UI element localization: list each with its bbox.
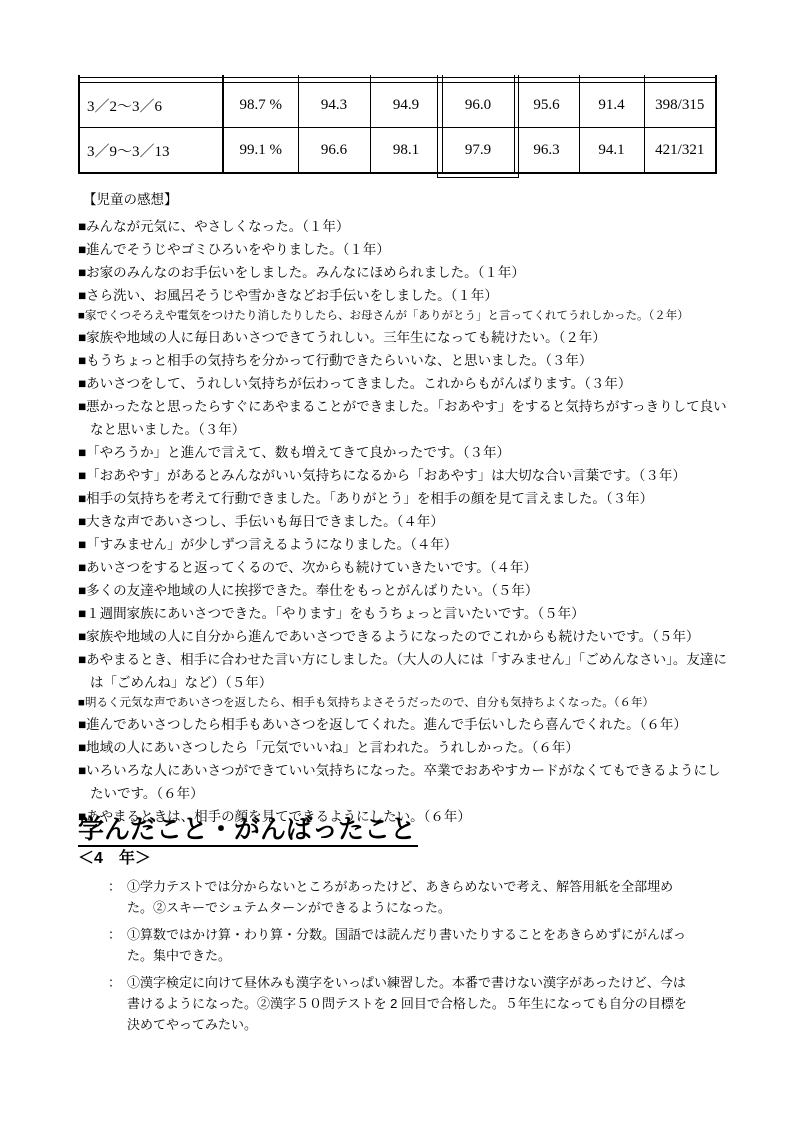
- impression-text: 進んでそうじやゴミひろいをやりました。（１年）: [86, 242, 390, 257]
- square-bullet-icon: ■: [78, 376, 86, 391]
- impression-text: 相手の気持ちを考えて行動できました。「ありがとう」を相手の顔を見て言えました。（…: [86, 491, 653, 506]
- table-cell-value: 95.6: [514, 83, 579, 128]
- impression-item: ■家でくつそろえや電気をつけたり消したりしたら、お母さんが「ありがとう」と言って…: [78, 307, 730, 326]
- table-cell-value: 421/321: [644, 128, 716, 174]
- square-bullet-icon: ■: [78, 399, 86, 414]
- impression-text: みんなが元気に、やさしくなった。（１年）: [86, 219, 349, 234]
- learned-section-heading: 学んだこと・がんばったこと: [78, 814, 418, 847]
- attendance-table-container: 3／2～3／698.7 %94.394.996.095.691.4398/315…: [78, 75, 716, 174]
- impressions-heading: 【児童の感想】: [83, 188, 730, 211]
- learned-item: ：①算数ではかけ算・わり算・分数。国語では読んだり書いたりすることをあきらめずに…: [78, 924, 698, 966]
- square-bullet-icon: ■: [78, 717, 86, 732]
- colon-marker: ：: [108, 876, 127, 918]
- impression-text: 「すみません」が少しずつ言えるようになりました。（４年）: [86, 537, 457, 552]
- table-cell-value: 91.4: [579, 83, 644, 128]
- impression-text: 多くの友達や地域の人に挨拶できた。奉仕をもっとがんばりたい。（５年）: [86, 583, 538, 598]
- square-bullet-icon: ■: [78, 583, 86, 598]
- impression-text: もうちょっと相手の気持ちを分かって行動できたらいいな、と思いました。（３年）: [86, 353, 592, 368]
- impression-item: ■地域の人にあいさつしたら「元気でいいね」と言われた。うれしかった。（６年）: [78, 736, 730, 759]
- impression-item: ■「すみません」が少しずつ言えるようになりました。（４年）: [78, 533, 730, 556]
- impression-text: 進んであいさつしたら相手もあいさつを返してくれた。進んで手伝いしたら喜んでくれた…: [86, 717, 687, 732]
- learned-items-list: ：①学力テストでは分からないところがあったけど、あきらめないで考え、解答用紙を全…: [78, 876, 698, 1035]
- table-cell-value: 94.9: [370, 83, 442, 128]
- table-cell-date-range: 3／2～3／6: [79, 83, 223, 128]
- square-bullet-icon: ■: [78, 353, 86, 368]
- square-bullet-icon: ■: [78, 265, 86, 280]
- learned-item-text: ①漢字検定に向けて昼休みも漢字をいっぱい練習した。本番で書けない漢字があったけど…: [127, 972, 698, 1035]
- impression-text: 「おあやす」があるとみんながいい気持ちになるから「おあやす」は大切な合い言葉です…: [86, 468, 686, 483]
- table-cell-value: 98.1: [370, 128, 442, 174]
- square-bullet-icon: ■: [78, 560, 86, 575]
- square-bullet-icon: ■: [78, 629, 86, 644]
- impression-item: ■「やろうか」と進んで言えて、数も増えてきて良かったです。（３年）: [78, 441, 730, 464]
- impression-text: １週間家族にあいさつできた。「やります」をもうちょっと言いたいです。（５年）: [86, 606, 584, 621]
- impression-text: あやまるとき、相手に合わせた言い方にしました。（大人の人には「すみません」「ごめ…: [86, 652, 727, 690]
- learned-section: 学んだこと・がんばったこと ＜4 年＞ ：①学力テストでは分からないところがあっ…: [78, 814, 698, 1041]
- table-row: 3／9～3／1399.1 %96.698.197.996.394.1421/32…: [79, 128, 716, 174]
- impression-text: 明るく元気な声であいさつを返したら、相手も気持ちよさそうだったので、自分も気持ち…: [85, 697, 654, 709]
- impression-text: 悪かったなと思ったらすぐにあやまることができました。「おあやす」をすると気持ちが…: [86, 399, 726, 437]
- colon-marker: ：: [108, 972, 127, 1035]
- square-bullet-icon: ■: [78, 606, 86, 621]
- learned-item: ：①学力テストでは分からないところがあったけど、あきらめないで考え、解答用紙を全…: [78, 876, 698, 918]
- learned-item-text: ①学力テストでは分からないところがあったけど、あきらめないで考え、解答用紙を全部…: [127, 876, 698, 918]
- impression-text: お家のみんなのお手伝いをしました。みんなにほめられました。（１年）: [86, 265, 525, 280]
- square-bullet-icon: ■: [78, 514, 86, 529]
- square-bullet-icon: ■: [78, 468, 86, 483]
- impression-text: 地域の人にあいさつしたら「元気でいいね」と言われた。うれしかった。（６年）: [86, 740, 579, 755]
- impression-item: ■「おあやす」があるとみんながいい気持ちになるから「おあやす」は大切な合い言葉で…: [78, 464, 730, 487]
- impression-item: ■多くの友達や地域の人に挨拶できた。奉仕をもっとがんばりたい。（５年）: [78, 579, 730, 602]
- square-bullet-icon: ■: [78, 763, 86, 778]
- impression-item: ■家族や地域の人に自分から進んであいさつできるようになったのでこれからも続けたい…: [78, 625, 730, 648]
- square-bullet-icon: ■: [78, 697, 85, 709]
- document-page: 3／2～3／698.7 %94.394.996.095.691.4398/315…: [0, 0, 794, 1123]
- impression-text: 家族や地域の人に自分から進んであいさつできるようになったのでこれからも続けたいで…: [86, 629, 699, 644]
- table-cell-value: 97.9: [442, 128, 514, 174]
- square-bullet-icon: ■: [78, 740, 86, 755]
- square-bullet-icon: ■: [78, 445, 86, 460]
- table-cell-value: 96.0: [442, 83, 514, 128]
- impression-text: 「やろうか」と進んで言えて、数も増えてきて良かったです。（３年）: [86, 445, 510, 460]
- impression-item: ■もうちょっと相手の気持ちを分かって行動できたらいいな、と思いました。（３年）: [78, 349, 730, 372]
- learned-item-text: ①算数ではかけ算・わり算・分数。国語では読んだり書いたりすることをあきらめずにが…: [127, 924, 698, 966]
- table-cell-value: 94.1: [579, 128, 644, 174]
- table-cell-value: 96.6: [298, 128, 370, 174]
- impressions-section: 【児童の感想】 ■みんなが元気に、やさしくなった。（１年）■進んでそうじやゴミひ…: [78, 188, 730, 828]
- attendance-table-body: 3／2～3／698.7 %94.394.996.095.691.4398/315…: [79, 75, 716, 173]
- square-bullet-icon: ■: [78, 242, 86, 257]
- grade-label: ＜4 年＞: [78, 850, 698, 868]
- square-bullet-icon: ■: [78, 652, 86, 667]
- table-cell-date-range: 3／9～3／13: [79, 128, 223, 174]
- impressions-list: ■みんなが元気に、やさしくなった。（１年）■進んでそうじやゴミひろいをやりました…: [78, 215, 730, 828]
- impression-item: ■悪かったなと思ったらすぐにあやまることができました。「おあやす」をすると気持ち…: [78, 395, 730, 441]
- impression-text: あいさつをして、うれしい気持ちが伝わってきました。これからもがんばります。（３年…: [86, 376, 631, 391]
- impression-text: 家族や地域の人に毎日あいさつできてうれしい。三年生になっても続けたい。（２年）: [86, 330, 606, 345]
- impression-item: ■１週間家族にあいさつできた。「やります」をもうちょっと言いたいです。（５年）: [78, 602, 730, 625]
- attendance-table: 3／2～3／698.7 %94.394.996.095.691.4398/315…: [78, 75, 717, 174]
- table-cell-value: 96.3: [514, 128, 579, 174]
- impression-item: ■家族や地域の人に毎日あいさつできてうれしい。三年生になっても続けたい。（２年）: [78, 326, 730, 349]
- square-bullet-icon: ■: [78, 310, 85, 322]
- learned-item: ：①漢字検定に向けて昼休みも漢字をいっぱい練習した。本番で書けない漢字があったけ…: [78, 972, 698, 1035]
- table-cell-value: 99.1 %: [223, 128, 298, 174]
- impression-text: さら洗い、お風呂そうじや雪かきなどお手伝いをしました。（１年）: [86, 288, 498, 303]
- table-row: 3／2～3／698.7 %94.394.996.095.691.4398/315: [79, 83, 716, 128]
- impression-item: ■さら洗い、お風呂そうじや雪かきなどお手伝いをしました。（１年）: [78, 284, 730, 307]
- impression-item: ■いろいろな人にあいさつができていい気持ちになった。卒業でおあやすカードがなくて…: [78, 759, 730, 805]
- table-cell-value: 398/315: [644, 83, 716, 128]
- table-cell-value: 94.3: [298, 83, 370, 128]
- colon-marker: ：: [108, 924, 127, 966]
- impression-item: ■あいさつをして、うれしい気持ちが伝わってきました。これからもがんばります。（３…: [78, 372, 730, 395]
- square-bullet-icon: ■: [78, 491, 86, 506]
- impression-text: いろいろな人にあいさつができていい気持ちになった。卒業でおあやすカードがなくても…: [86, 763, 720, 801]
- impression-item: ■あやまるとき、相手に合わせた言い方にしました。（大人の人には「すみません」「ご…: [78, 648, 730, 694]
- square-bullet-icon: ■: [78, 537, 86, 552]
- impression-item: ■あいさつをすると返ってくるので、次からも続けていきたいです。（４年）: [78, 556, 730, 579]
- impression-item: ■みんなが元気に、やさしくなった。（１年）: [78, 215, 730, 238]
- impression-text: あいさつをすると返ってくるので、次からも続けていきたいです。（４年）: [86, 560, 537, 575]
- impression-text: 家でくつそろえや電気をつけたり消したりしたら、お母さんが「ありがとう」と言ってく…: [85, 310, 689, 322]
- impression-item: ■大きな声であいさつし、手伝いも毎日できました。（４年）: [78, 510, 730, 533]
- impression-text: 大きな声であいさつし、手伝いも毎日できました。（４年）: [86, 514, 444, 529]
- impression-item: ■進んであいさつしたら相手もあいさつを返してくれた。進んで手伝いしたら喜んでくれ…: [78, 713, 730, 736]
- impression-item: ■進んでそうじやゴミひろいをやりました。（１年）: [78, 238, 730, 261]
- impression-item: ■お家のみんなのお手伝いをしました。みんなにほめられました。（１年）: [78, 261, 730, 284]
- impression-item: ■相手の気持ちを考えて行動できました。「ありがとう」を相手の顔を見て言えました。…: [78, 487, 730, 510]
- square-bullet-icon: ■: [78, 219, 86, 234]
- table-cell-value: 98.7 %: [223, 83, 298, 128]
- square-bullet-icon: ■: [78, 288, 86, 303]
- square-bullet-icon: ■: [78, 330, 86, 345]
- impression-item: ■明るく元気な声であいさつを返したら、相手も気持ちよさそうだったので、自分も気持…: [78, 694, 730, 713]
